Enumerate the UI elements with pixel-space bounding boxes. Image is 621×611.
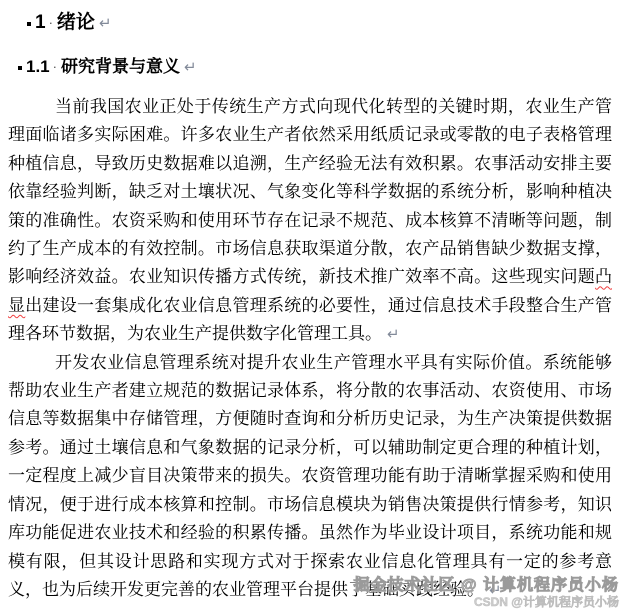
section-heading-title: 研究背景与意义	[61, 56, 180, 78]
paragraph-mark-icon: ↵	[387, 325, 400, 343]
chapter-heading-title: 绪论	[57, 11, 95, 35]
chapter-heading-number: 1	[35, 11, 46, 35]
paragraph-1-text: 当前我国农业正处于传统生产方式向现代化转型的关键时期，农业生产管理面临诸多实际困…	[8, 97, 612, 286]
outline-marker-icon	[18, 66, 22, 70]
chapter-heading[interactable]: 1 · 绪论 ↵	[27, 11, 621, 35]
paragraph-1-text-cont: 出建设一套集成化农业信息管理系统的必要性，通过信息技术手段整合生产管理各环节数据…	[8, 296, 612, 343]
paragraph-2-text: 开发农业信息管理系统对提升农业生产管理水平具有实际价值。系统能够帮助农业生产者建…	[8, 353, 612, 599]
space-mark-icon: ·	[50, 56, 61, 78]
document-body: 当前我国农业正处于传统生产方式向现代化转型的关键时期，农业生产管理面临诸多实际困…	[8, 93, 612, 604]
outline-marker-icon	[27, 22, 31, 26]
paragraph-1[interactable]: 当前我国农业正处于传统生产方式向现代化转型的关键时期，农业生产管理面临诸多实际困…	[8, 93, 612, 349]
section-heading[interactable]: 1.1 · 研究背景与意义 ↵	[18, 56, 621, 78]
space-mark-icon: ·	[46, 11, 57, 35]
paragraph-mark-icon: ↵	[99, 11, 112, 35]
paragraph-mark-icon: ↵	[489, 581, 502, 599]
section-heading-number: 1.1	[26, 56, 50, 78]
document-page: 1 · 绪论 ↵ 1.1 · 研究背景与意义 ↵ 当前我国农业正处于传统生产方式…	[0, 0, 621, 611]
paragraph-mark-icon: ↵	[184, 56, 197, 78]
paragraph-2[interactable]: 开发农业信息管理系统对提升农业生产管理水平具有实际价值。系统能够帮助农业生产者建…	[8, 349, 612, 605]
